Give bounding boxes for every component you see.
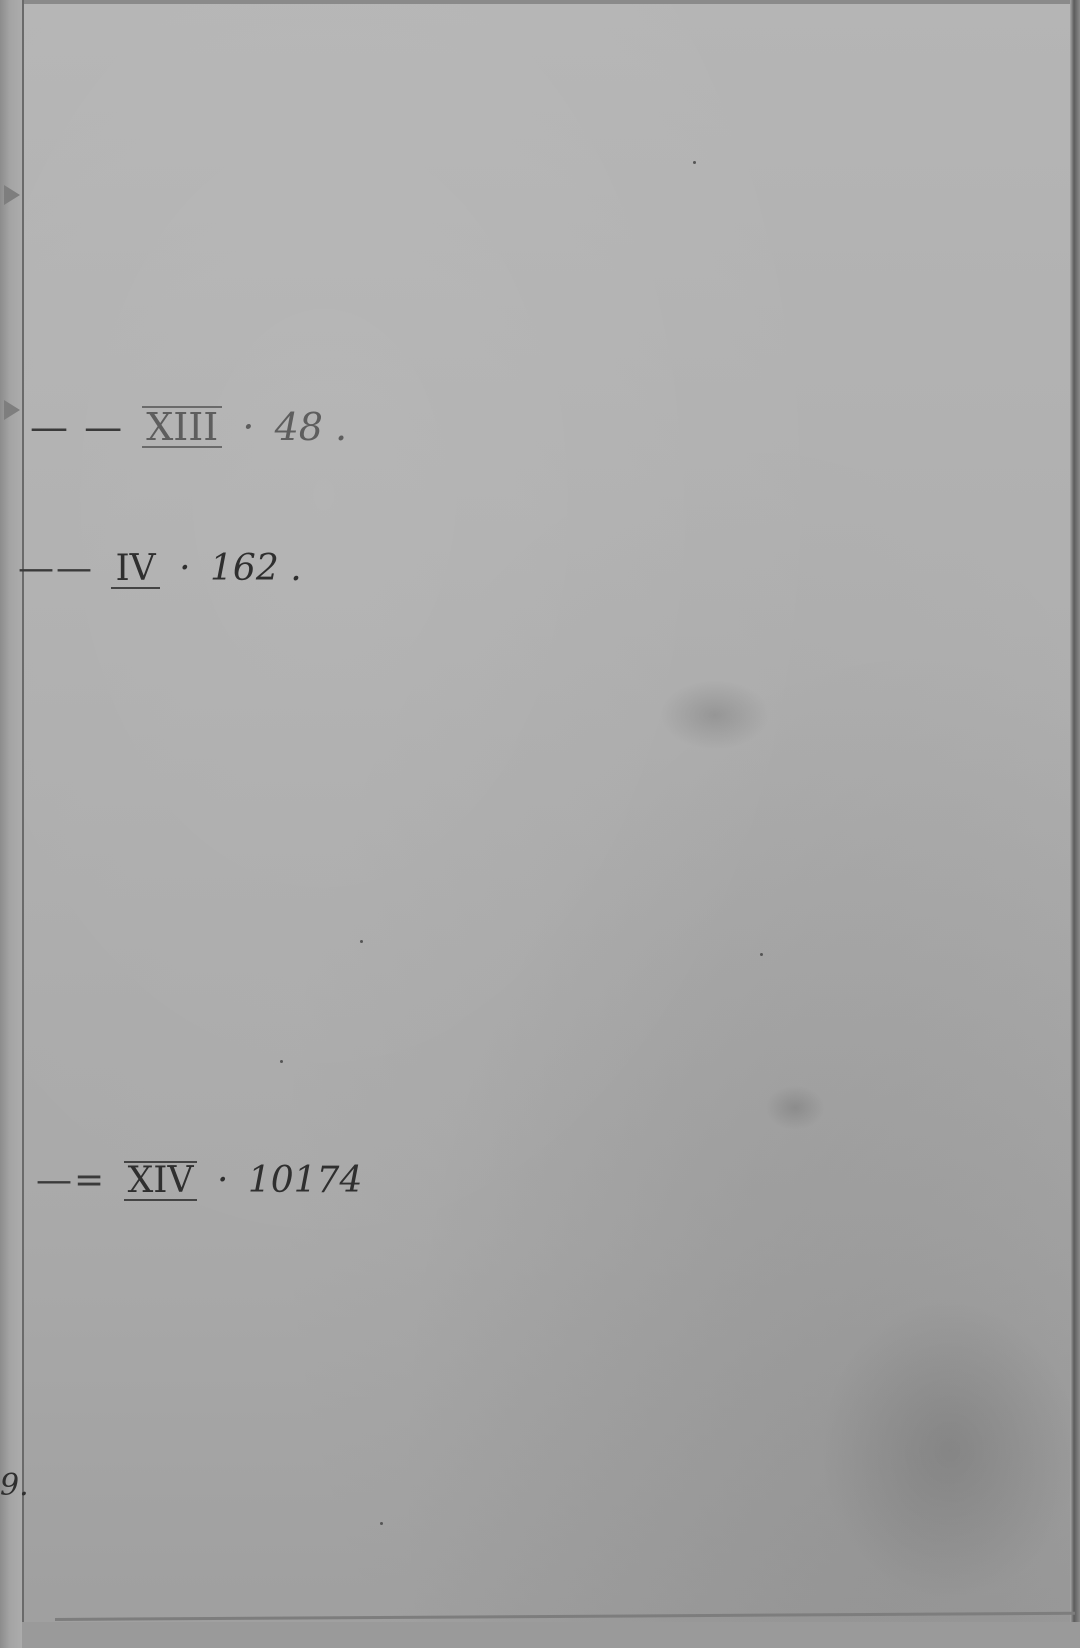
note-number: 10174 bbox=[248, 1160, 363, 1201]
shadow-smudge bbox=[820, 1300, 1080, 1600]
paper-speck bbox=[280, 1060, 283, 1063]
note-number: 48 bbox=[275, 405, 323, 449]
note-dash: —= bbox=[36, 1160, 106, 1201]
note-suffix: . bbox=[290, 548, 301, 589]
page-top-edge bbox=[0, 0, 1080, 4]
scanned-page: — — XIII · 48 . —— IV · 162 . —= XIV · 1… bbox=[0, 0, 1080, 1648]
paper-speck bbox=[760, 953, 763, 956]
shelfmark-note-2: —— IV · 162 . bbox=[18, 548, 302, 589]
left-binding-edge bbox=[0, 0, 24, 1648]
note-roman-numeral: XIV bbox=[124, 1161, 198, 1201]
binding-tab-mark bbox=[4, 400, 20, 420]
paper-speck bbox=[360, 940, 363, 943]
paper-speck bbox=[380, 1522, 383, 1525]
paper-speck bbox=[693, 161, 696, 164]
bottom-fold-line bbox=[55, 1612, 1075, 1621]
fingerprint-smudge bbox=[765, 1085, 825, 1130]
binding-tab-mark bbox=[4, 185, 20, 205]
stain-smudge bbox=[660, 680, 770, 750]
note-separator: · bbox=[179, 548, 190, 589]
shelfmark-note-3: —= XIV · 10174 bbox=[36, 1160, 362, 1201]
note-suffix: . bbox=[335, 405, 347, 449]
note-dash: —— bbox=[18, 548, 94, 589]
partial-edge-mark: 9. bbox=[0, 1468, 29, 1503]
note-roman-numeral: XIII bbox=[142, 406, 222, 448]
note-separator: · bbox=[242, 405, 254, 449]
note-number: 162 bbox=[210, 548, 279, 589]
bottom-page-strip bbox=[22, 1622, 1080, 1648]
note-separator: · bbox=[217, 1160, 228, 1201]
note-roman-numeral: IV bbox=[111, 551, 159, 589]
shelfmark-note-1: — — XIII · 48 . bbox=[30, 405, 347, 449]
note-dash: — — bbox=[30, 405, 124, 449]
